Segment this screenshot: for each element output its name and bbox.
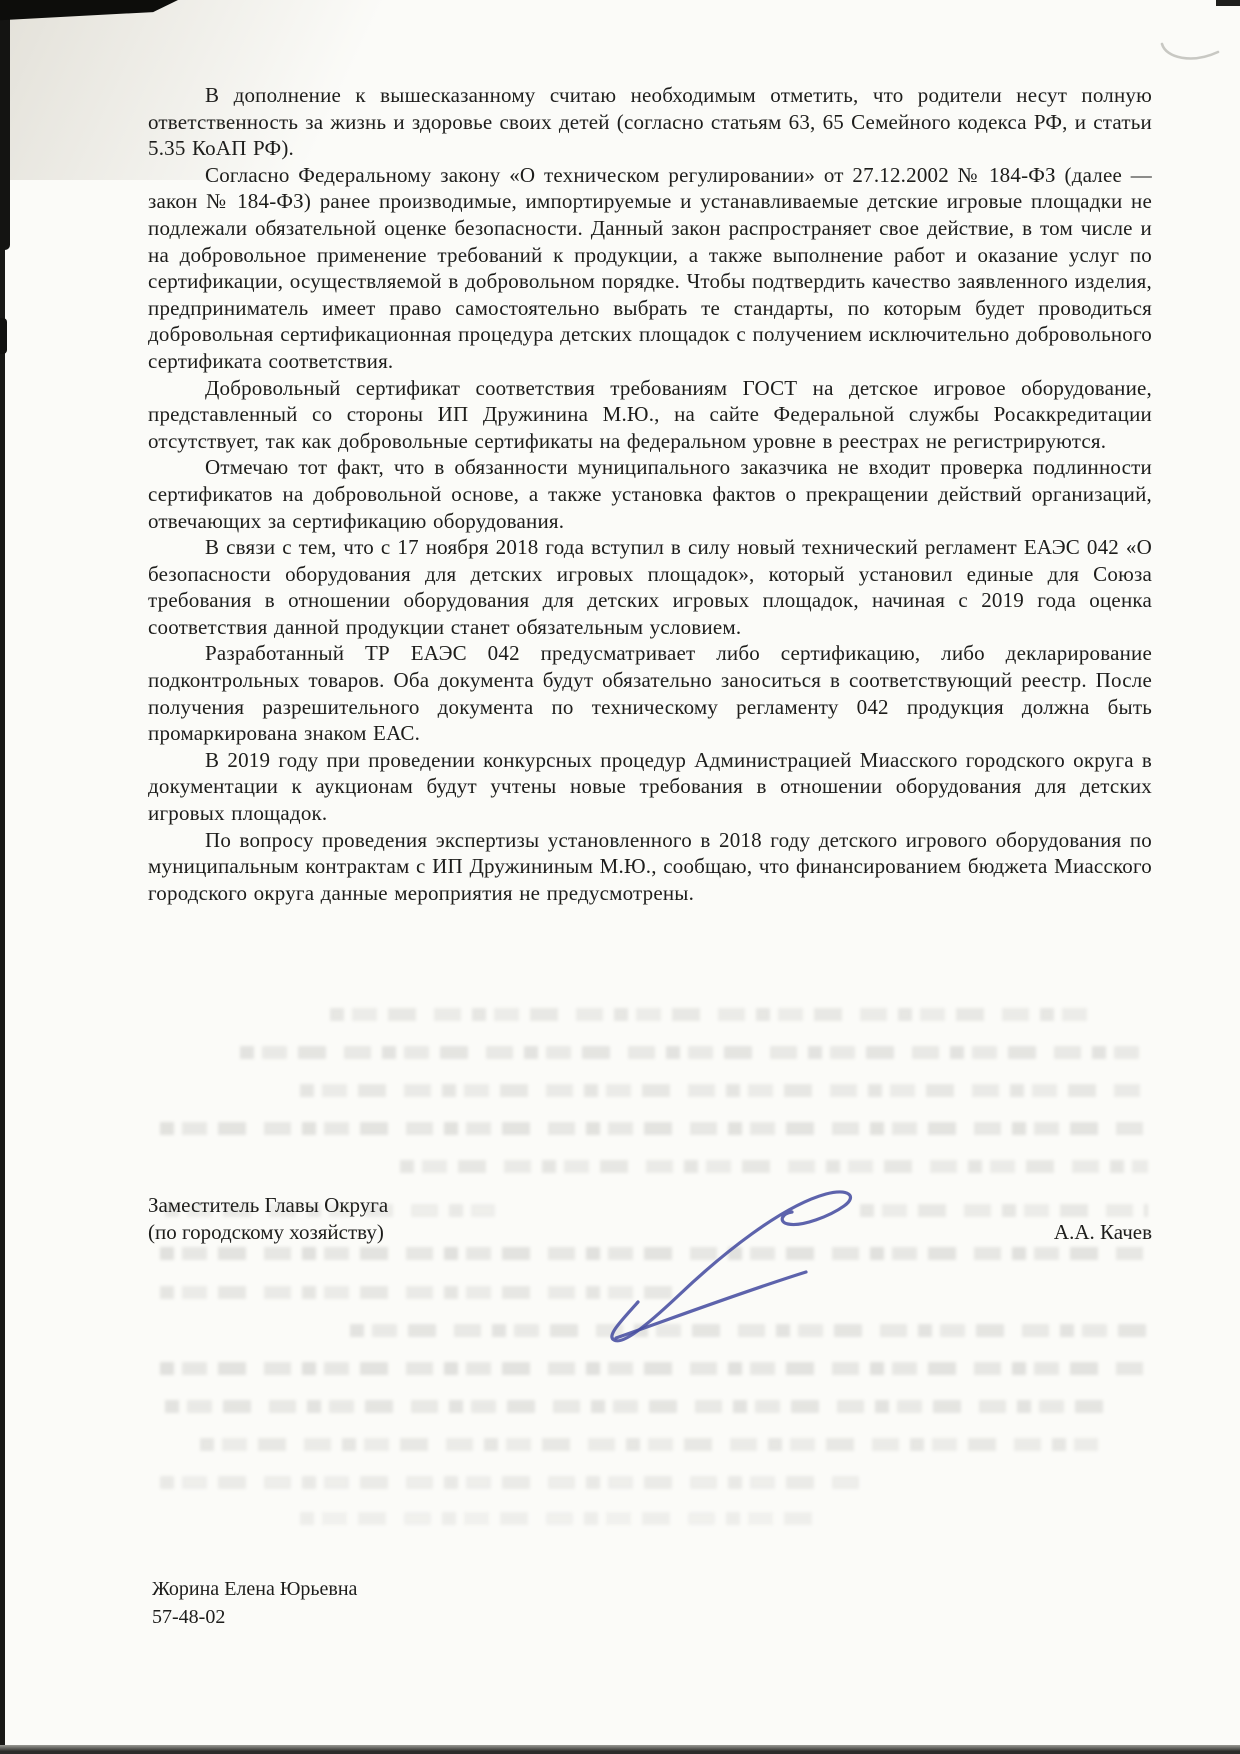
body-paragraph: Добровольный сертификат соответствия тре… — [148, 375, 1152, 455]
scan-artifact-blob — [0, 318, 7, 354]
bleed-through-artifact — [160, 1122, 1145, 1135]
scan-edge-bottom — [0, 1745, 1240, 1754]
bleed-through-artifact — [300, 1512, 820, 1525]
scan-edge-left-top — [0, 0, 10, 250]
bleed-through-artifact — [240, 1046, 1140, 1059]
body-paragraph: В дополнение к вышесказанному считаю нео… — [148, 82, 1152, 162]
letter-body: В дополнение к вышесказанному считаю нео… — [148, 82, 1152, 906]
handwritten-signature-ink — [592, 1182, 892, 1357]
bleed-through-artifact — [160, 1476, 860, 1489]
bleed-through-artifact — [330, 1008, 1090, 1021]
signer-position-line1: Заместитель Главы Округа — [148, 1192, 388, 1219]
body-paragraph: Разработанный ТР ЕАЭС 042 предусматривае… — [148, 640, 1152, 746]
bleed-through-artifact — [165, 1400, 1103, 1413]
executor-phone: 57-48-02 — [152, 1604, 357, 1632]
scan-edge-top-right — [1216, 0, 1240, 6]
executor-name: Жорина Елена Юрьевна — [152, 1576, 357, 1604]
bleed-through-artifact — [160, 1362, 1148, 1375]
pencil-mark-artifact — [1158, 36, 1228, 72]
body-paragraph: Согласно Федеральному закону «О техничес… — [148, 162, 1152, 375]
body-paragraph: В 2019 году при проведении конкурсных пр… — [148, 747, 1152, 827]
signer-position: Заместитель Главы Округа (по городскому … — [148, 1192, 388, 1246]
body-paragraph: Отмечаю тот факт, что в обязанности муни… — [148, 454, 1152, 534]
executor-contact: Жорина Елена Юрьевна 57-48-02 — [152, 1576, 357, 1631]
bleed-through-artifact — [400, 1160, 1148, 1173]
bleed-through-artifact — [300, 1084, 1140, 1097]
scanned-letter-page: В дополнение к вышесказанному считаю нео… — [0, 0, 1240, 1754]
bleed-through-artifact — [200, 1438, 1098, 1451]
signer-name: А.А. Качев — [1054, 1219, 1152, 1246]
scan-edge-left — [0, 0, 5, 1754]
signer-position-line2: (по городскому хозяйству) — [148, 1219, 388, 1246]
body-paragraph: По вопросу проведения экспертизы установ… — [148, 827, 1152, 907]
body-paragraph: В связи с тем, что с 17 ноября 2018 года… — [148, 534, 1152, 640]
